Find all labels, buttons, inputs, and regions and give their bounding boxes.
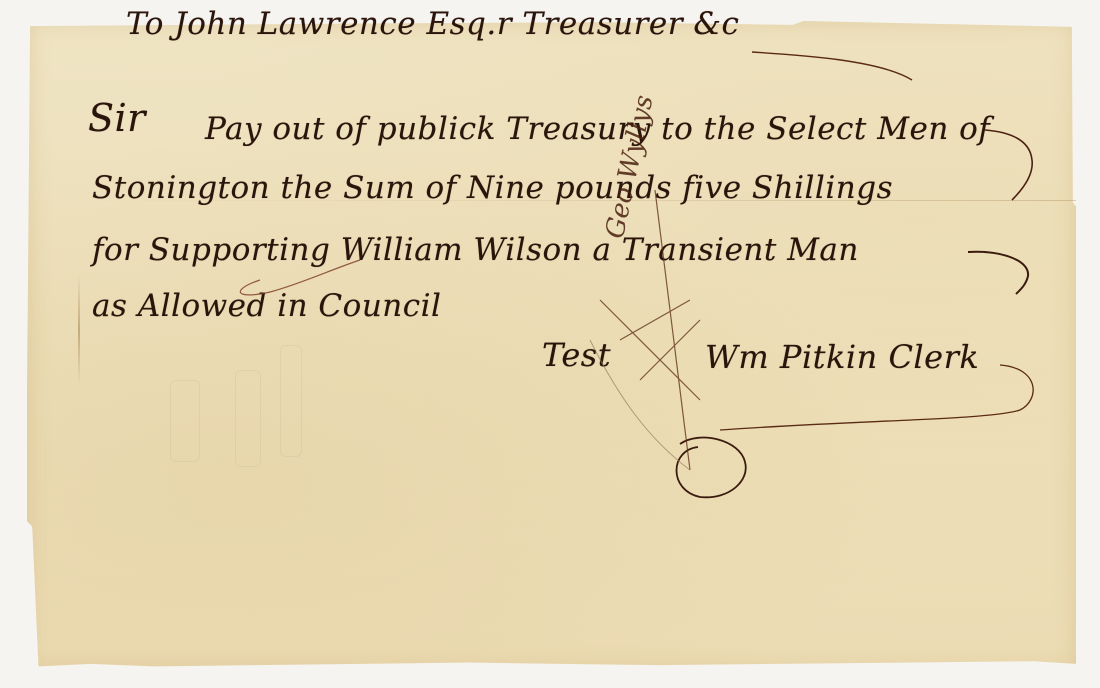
body-line-4: as Allowed in Council: [92, 288, 441, 324]
body-line-3: for Supporting William Wilson a Transien…: [92, 232, 859, 268]
salutation: Sir: [88, 96, 146, 140]
faint-offset-mark: [170, 380, 200, 462]
address-line: To John Lawrence Esq.r Treasurer &c: [126, 6, 739, 42]
attestation-label: Test: [542, 336, 611, 374]
body-line-2: Stonington the Sum of Nine pounds five S…: [92, 170, 893, 206]
faint-offset-mark: [280, 345, 302, 457]
margin-mark: [78, 275, 80, 385]
clerk-signature: Wm Pitkin Clerk: [705, 338, 979, 376]
document-viewer: To John Lawrence Esq.r Treasurer &c Sir …: [0, 0, 1100, 688]
body-line-1: Pay out of publick Treasury to the Selec…: [205, 111, 990, 147]
faint-offset-mark: [235, 370, 261, 467]
